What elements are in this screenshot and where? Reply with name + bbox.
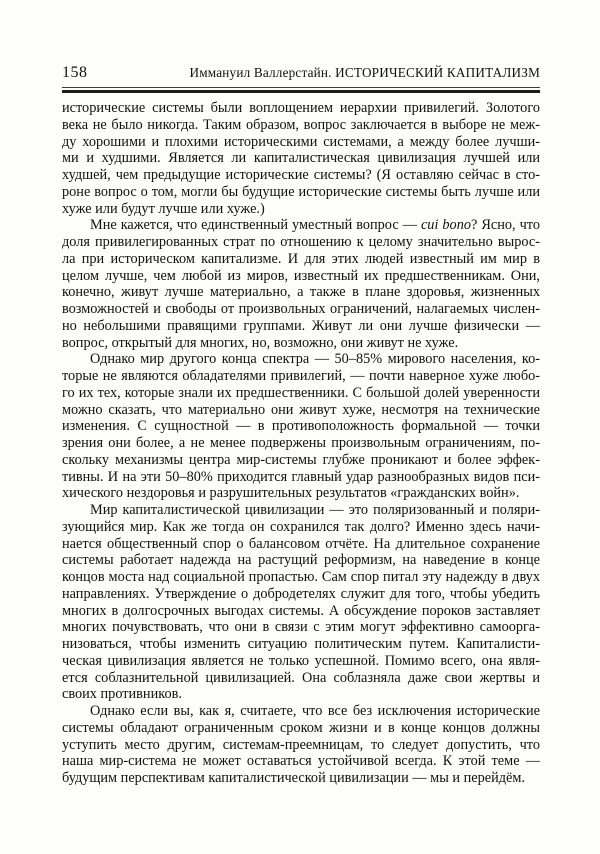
text-segment: Мне кажется, что единственный уместный в… [90,217,421,233]
text-line: изменения. С сущностной — в противополож… [62,418,540,435]
header-rule [62,87,540,93]
header-rule-thin [62,87,540,88]
text-line: многих почувствовать, что они в связи с … [62,619,540,636]
text-line: уступить место другим, системам-преемниц… [62,737,540,754]
running-title: Иммануил Валлерстайн. ИСТОРИЧЕСКИЙ КАПИТ… [189,65,540,81]
text-line: торые не являются обладателями привилеги… [62,368,540,385]
body-text: исторические системы были воплощением ие… [62,100,540,787]
page-header: 158 Иммануил Валлерстайн. ИСТОРИЧЕСКИЙ К… [62,64,540,82]
text-line: можно сказать, что материально они живут… [62,402,540,419]
text-line: ми и худшими. Является ли капиталистичес… [62,150,540,167]
text-line: возможностей и свободы от произвольных о… [62,301,540,318]
text-line: Мне кажется, что единственный уместный в… [62,217,540,234]
paragraph: Однако мир другого конца спектра — 50–85… [62,351,540,502]
text-line: зрения они более, а не менее подвержены … [62,435,540,452]
text-segment: ? Ясно, что [471,217,540,233]
text-line: доля привилегированных страт по отношени… [62,234,540,251]
text-line: роне вопрос о том, могли бы будущие исто… [62,184,540,201]
text-line: целом лучше, чем любой из миров, известн… [62,268,540,285]
text-line: ду хорошими и плохими историческими сист… [62,134,540,151]
text-line: века не было никогда. Таким образом, воп… [62,117,540,134]
text-line: системы обладают ограниченным сроком жиз… [62,720,540,737]
text-line: тивны. И на эти 50–80% приходится главны… [62,469,540,486]
paragraph: Мне кажется, что единственный уместный в… [62,217,540,351]
text-line: исторические системы были воплощением ие… [62,100,540,117]
text-line: Мир капиталистической цивилизации — это … [62,502,540,519]
text-line: концов моста над социальной пропастью. С… [62,569,540,586]
text-line: зующийся мир. Как же тогда он сохранился… [62,519,540,536]
header-rule-thick [62,90,540,93]
text-line: вопрос, открытый для многих, но, возможн… [62,335,540,352]
text-line: низоваться, чтобы изменить ситуацию поли… [62,636,540,653]
text-line: многих в долгосрочных выгодах системы. А… [62,603,540,620]
paragraph: Однако если вы, как я, считаете, что все… [62,703,540,787]
text-line: ется соблазнительной цивилизацией. Она с… [62,670,540,687]
book-page: 158 Иммануил Валлерстайн. ИСТОРИЧЕСКИЙ К… [0,0,600,854]
text-line: худшей, чем предыдущие исторические сист… [62,167,540,184]
text-line: своих противников. [62,686,540,703]
text-line: наша мир-система не может оставаться уст… [62,753,540,770]
text-line: Однако если вы, как я, считаете, что все… [62,703,540,720]
text-line: конечно, живут лучше материально, а такж… [62,284,540,301]
italic-latin-phrase: cui bono [421,217,471,233]
text-line: ческая цивилизация является не только ус… [62,653,540,670]
text-line: но небольшими правящими группами. Живут … [62,318,540,335]
text-line: будущим перспективам капиталистической ц… [62,770,540,787]
text-line: направлениях. Утверждение о добродетелях… [62,586,540,603]
page-number: 158 [62,64,88,82]
text-line: скольку механизмы центра мир-системы глу… [62,452,540,469]
text-line: хуже или будут лучше или хуже.) [62,201,540,218]
text-line: системы работает надежда на растущий реф… [62,552,540,569]
text-line: Однако мир другого конца спектра — 50–85… [62,351,540,368]
text-line: ла при историческом капитализме. И для э… [62,251,540,268]
text-line: го их тех, которые знали их предшественн… [62,385,540,402]
paragraph: Мир капиталистической цивилизации — это … [62,502,540,703]
text-line: хического нездоровья и разрушительных ре… [62,485,540,502]
paragraph: исторические системы были воплощением ие… [62,100,540,217]
text-line: нается общественный спор о балансовом от… [62,536,540,553]
